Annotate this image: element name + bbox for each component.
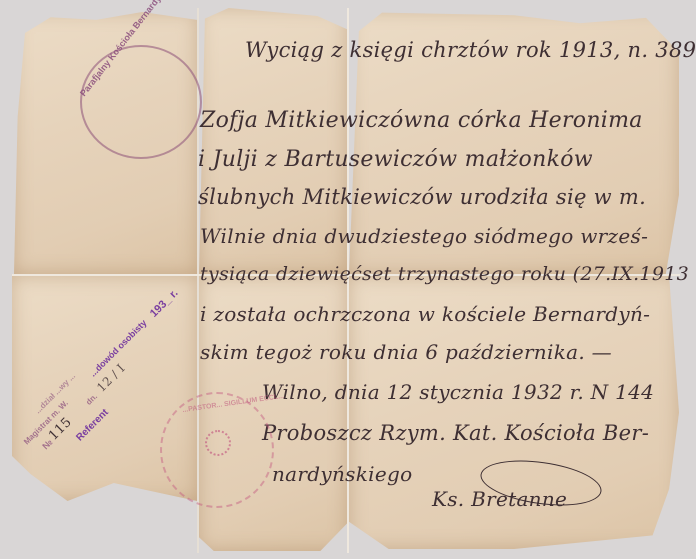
pastor-title-line: Proboszcz Rzym. Kat. Kościoła Ber- <box>262 421 649 445</box>
body-line-2: i Julji z Bartusewiczów małżonków <box>198 147 593 172</box>
body-line-5: tysiąca dziewięćset trzynastego roku (27… <box>200 263 689 285</box>
body-line-6: i została ochrzczona w kościele Bernardy… <box>200 302 650 326</box>
parish-stamp <box>80 45 202 159</box>
pastor-title-line-2: nardyńskiego <box>272 462 412 486</box>
date-line: Wilno, dnia 12 stycznia 1932 r. N 144 <box>262 380 654 404</box>
church-seal-emblem-icon <box>205 430 231 456</box>
body-line-7: skim tegoż roku dnia 6 października. — <box>200 340 612 364</box>
body-line-3: ślubnych Mitkiewiczów urodziła się w m. <box>198 185 646 209</box>
body-line-1: Zofja Mitkiewiczówna córka Heronima <box>200 108 643 133</box>
body-line-4: Wilnie dnia dwudziestego siódmego wrześ- <box>200 224 648 248</box>
document-heading: Wyciąg z księgi chrztów rok 1913, n. 389… <box>245 38 696 62</box>
